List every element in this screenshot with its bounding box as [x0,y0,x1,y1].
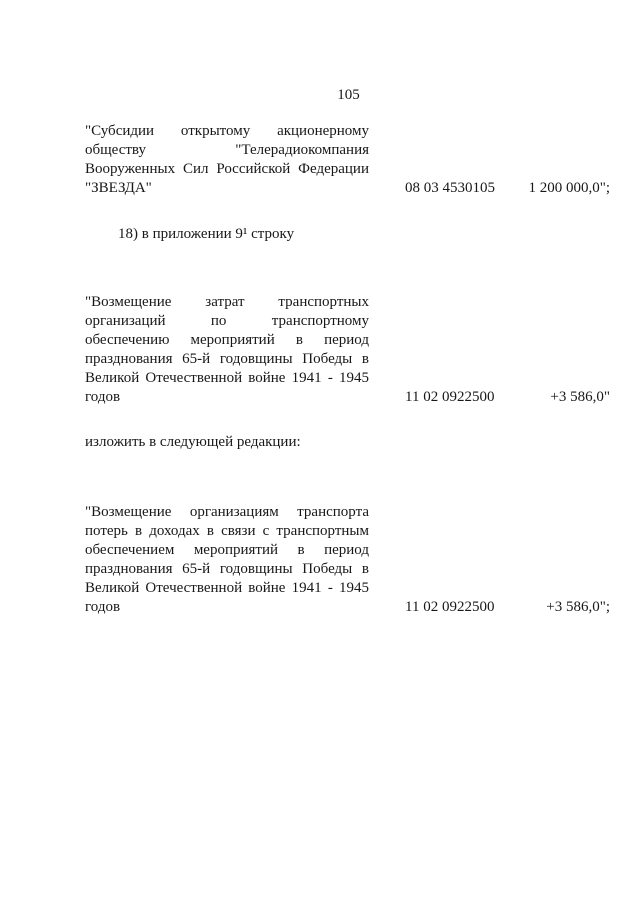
text-line: "Возмещение затрат транспортных [85,293,369,312]
text-line: празднования 65-й годовщины Победы в [85,560,369,579]
text-line: потерь в доходах в связи с транспортным [85,522,369,541]
text-line: обеспечению мероприятий в период [85,331,369,350]
text-line: празднования 65-й годовщины Победы в [85,350,369,369]
budget-classification-code: 08 03 4530105 [405,179,495,198]
entry-amount: 1 200 000,0"; [528,179,610,198]
entry-amount: +3 586,0"; [546,598,610,617]
budget-entry: "Возмещение затрат транспортныхорганизац… [85,293,612,407]
text-line: Великой Отечественной войне 1941 - 1945 [85,579,369,598]
page-number: 105 [85,86,612,105]
text-line: обществу "Телерадиокомпания [85,141,369,160]
text-line: Великой Отечественной войне 1941 - 1945 [85,369,369,388]
list-item-paragraph: 18) в приложении 9¹ строку [85,225,585,244]
entry-title: "Субсидии открытому акционерномуобществу… [85,122,369,198]
budget-classification-code: 11 02 0922500 [405,388,494,407]
budget-entry: "Субсидии открытому акционерномуобществу… [85,122,612,198]
entry-title: "Возмещение организациям транспортапотер… [85,503,369,617]
text-line: годов [85,388,369,407]
budget-classification-code: 11 02 0922500 [405,598,494,617]
text-line: обеспечением мероприятий в период [85,541,369,560]
text-line: годов [85,598,369,617]
continuation-paragraph: изложить в следующей редакции: [85,433,585,452]
document-page: 105 "Субсидии открытому акционерномуобще… [0,0,640,905]
text-line: "ЗВЕЗДА" [85,179,369,198]
entry-amount: +3 586,0" [550,388,610,407]
text-line: организаций по транспортному [85,312,369,331]
text-line: "Субсидии открытому акционерному [85,122,369,141]
entry-title: "Возмещение затрат транспортныхорганизац… [85,293,369,407]
budget-entry: "Возмещение организациям транспортапотер… [85,503,612,617]
text-line: "Возмещение организациям транспорта [85,503,369,522]
text-line: Вооруженных Сил Российской Федерации [85,160,369,179]
